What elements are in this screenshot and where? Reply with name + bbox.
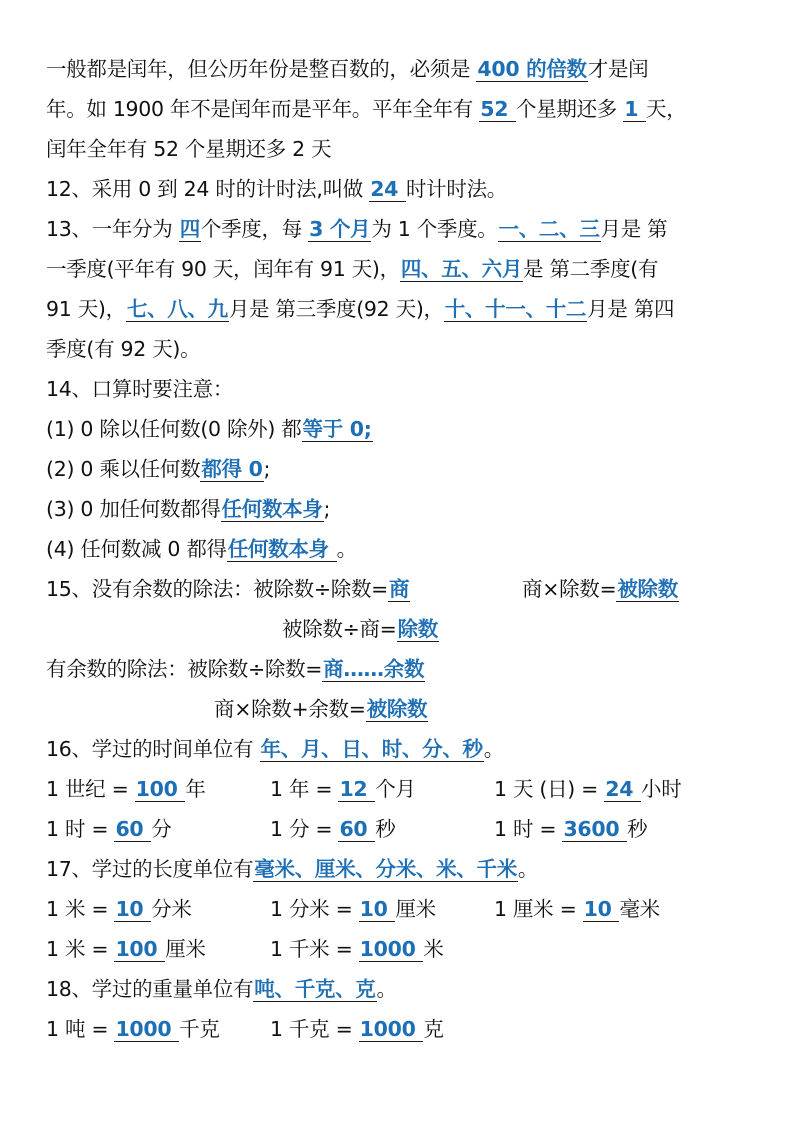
answer-text: 60 — [114, 817, 151, 842]
body-text: 1 时 = — [46, 817, 114, 841]
text-line: 17、学过的长度单位有毫米、厘米、分米、米、千米。 — [46, 854, 538, 884]
answer-text: 吨、千克、克 — [253, 977, 376, 1002]
text-line: 1 厘米 = 10 毫米 — [494, 894, 660, 924]
body-text: 15、没有余数的除法：被除数÷除数= — [46, 577, 388, 601]
body-text: 毫米 — [619, 897, 659, 921]
answer-text: 等于 0; — [302, 417, 373, 442]
answer-text: 商……余数 — [322, 657, 425, 682]
answer-text: 被除数 — [616, 577, 679, 602]
text-line: 1 千克 = 1000 克 — [270, 1014, 444, 1044]
answer-text: 十、十一、十二 — [444, 297, 587, 322]
text-line: 1 米 = 10 分米 — [46, 894, 192, 924]
body-text: 为 1 个季度。 — [371, 217, 497, 241]
answer-text: 四 — [179, 217, 201, 242]
body-text: 才是闰 — [588, 57, 649, 81]
body-text: 米 — [423, 937, 443, 961]
body-text: 月是 第三季度(92 天)， — [229, 297, 444, 321]
body-text: 16、学过的时间单位有 — [46, 737, 260, 761]
text-line: 1 时 = 60 分 — [46, 814, 171, 844]
body-text: 克 — [423, 1017, 443, 1041]
answer-text: 24 — [604, 777, 641, 802]
body-text: 被除数÷商= — [282, 617, 397, 641]
body-text: 月是 第四 — [587, 297, 674, 321]
text-line: 季度(有 92 天)。 — [46, 334, 200, 364]
answer-text: 52 — [479, 97, 516, 122]
body-text: 1 年 = — [270, 777, 338, 801]
answer-text: 1000 — [359, 937, 424, 962]
body-text: 分米 — [151, 897, 191, 921]
body-text: 1 时 = — [494, 817, 562, 841]
answer-text: 60 — [338, 817, 375, 842]
text-line: 1 年 = 12 个月 — [270, 774, 416, 804]
answer-text: 1 — [623, 97, 646, 122]
answer-text: 四、五、六月 — [400, 257, 523, 282]
answer-text: 毫米、厘米、分米、米、千米 — [253, 857, 518, 882]
body-text: 一季度(平年有 90 天，闰年有 91 天)， — [46, 257, 400, 281]
answer-text: 1000 — [359, 1017, 424, 1042]
body-text: 1 天 (日) = — [494, 777, 604, 801]
answer-text: 商 — [388, 577, 410, 602]
answer-text: 24 — [369, 177, 406, 202]
text-line: 15、没有余数的除法：被除数÷除数=商 — [46, 574, 410, 604]
answer-text: 100 — [114, 937, 165, 962]
text-line: 1 吨 = 1000 千克 — [46, 1014, 220, 1044]
body-text: 17、学过的长度单位有 — [46, 857, 253, 881]
text-line: 1 天 (日) = 24 小时 — [494, 774, 681, 804]
body-text: (3) 0 加任何数都得 — [46, 497, 221, 521]
body-text: 有余数的除法：被除数÷除数= — [46, 657, 322, 681]
text-line: 一般都是闰年，但公历年份是整百数的，必须是 400 的倍数才是闰 — [46, 54, 648, 84]
body-text: 1 米 = — [46, 897, 114, 921]
body-text: 个月 — [375, 777, 415, 801]
answer-text: 10 — [583, 897, 620, 922]
text-line: 一季度(平年有 90 天，闰年有 91 天)，四、五、六月是 第二季度(有 — [46, 254, 658, 284]
answer-text: 七、八、九 — [126, 297, 229, 322]
answer-text: 3600 — [562, 817, 627, 842]
body-text: 千克 — [179, 1017, 219, 1041]
body-text: 1 厘米 = — [494, 897, 583, 921]
body-text: 时计时法。 — [406, 177, 507, 201]
body-text: 是 第二季度(有 — [523, 257, 658, 281]
body-text: 。 — [484, 737, 504, 761]
text-line: 13、一年分为 四个季度，每 3 个月为 1 个季度。一、二、三月是 第 — [46, 214, 667, 244]
answer-text: 400 的倍数 — [476, 57, 587, 82]
body-text: 91 天)， — [46, 297, 126, 321]
text-line: 1 米 = 100 厘米 — [46, 934, 206, 964]
text-line: 商×除数=被除数 — [522, 574, 679, 604]
body-text: 厘米 — [165, 937, 205, 961]
answer-text: 3 个月 — [308, 217, 371, 242]
body-text: 小时 — [641, 777, 681, 801]
body-text: ; — [324, 497, 331, 521]
body-text: 月是 第 — [601, 217, 668, 241]
answer-text: 100 — [135, 777, 186, 802]
body-text: 秒 — [375, 817, 395, 841]
answer-text: 12 — [338, 777, 375, 802]
text-line: (1) 0 除以任何数(0 除外) 都等于 0; — [46, 414, 373, 444]
text-line: 闰年全年有 52 个星期还多 2 天 — [46, 134, 331, 164]
answer-text: 除数 — [397, 617, 439, 642]
answer-text: 10 — [114, 897, 151, 922]
body-text: 1 分米 = — [270, 897, 359, 921]
body-text: 季度(有 92 天)。 — [46, 337, 200, 361]
body-text: 商×除数+余数= — [214, 697, 366, 721]
text-line: 年。如 1900 年不是闰年而是平年。平年全年有 52 个星期还多 1 天， — [46, 94, 686, 124]
text-line: 14、口算时要注意： — [46, 374, 233, 404]
text-line: (4) 任何数减 0 都得任何数本身 。 — [46, 534, 357, 564]
body-text: 1 吨 = — [46, 1017, 114, 1041]
body-text: 个季度，每 — [201, 217, 308, 241]
body-text: 一般都是闰年，但公历年份是整百数的，必须是 — [46, 57, 476, 81]
body-text: 。 — [377, 977, 397, 1001]
body-text: 。 — [518, 857, 538, 881]
answer-text: 任何数本身 — [227, 537, 337, 562]
text-line: (2) 0 乘以任何数都得 0; — [46, 454, 270, 484]
body-text: 个星期还多 — [516, 97, 623, 121]
body-text: 。 — [337, 537, 357, 561]
text-line: 1 时 = 3600 秒 — [494, 814, 647, 844]
text-line: 商×除数+余数=被除数 — [214, 694, 428, 724]
body-text: (1) 0 除以任何数(0 除外) 都 — [46, 417, 302, 441]
body-text: 商×除数= — [522, 577, 616, 601]
answer-text: 任何数本身 — [221, 497, 324, 522]
text-line: 有余数的除法：被除数÷除数=商……余数 — [46, 654, 425, 684]
answer-text: 一、二、三 — [498, 217, 601, 242]
text-line: 1 分 = 60 秒 — [270, 814, 395, 844]
body-text: 闰年全年有 52 个星期还多 2 天 — [46, 137, 331, 161]
body-text: 分 — [151, 817, 171, 841]
body-text: 1 世纪 = — [46, 777, 135, 801]
text-line: (3) 0 加任何数都得任何数本身; — [46, 494, 330, 524]
text-line: 12、采用 0 到 24 时的计时法,叫做 24 时计时法。 — [46, 174, 507, 204]
answer-text: 被除数 — [366, 697, 429, 722]
body-text: 年 — [185, 777, 205, 801]
text-line: 被除数÷商=除数 — [282, 614, 439, 644]
body-text: 18、学过的重量单位有 — [46, 977, 253, 1001]
body-text: 厘米 — [395, 897, 435, 921]
body-text: 1 千克 = — [270, 1017, 359, 1041]
body-text: 秒 — [627, 817, 647, 841]
body-text: (4) 任何数减 0 都得 — [46, 537, 227, 561]
body-text: 年。如 1900 年不是闰年而是平年。平年全年有 — [46, 97, 479, 121]
body-text: 1 千米 = — [270, 937, 359, 961]
answer-text: 1000 — [114, 1017, 179, 1042]
answer-text: 都得 0 — [200, 457, 263, 482]
body-text: 天， — [646, 97, 686, 121]
body-text: 1 分 = — [270, 817, 338, 841]
body-text: 13、一年分为 — [46, 217, 179, 241]
body-text: 1 米 = — [46, 937, 114, 961]
body-text: ; — [264, 457, 271, 481]
text-line: 1 分米 = 10 厘米 — [270, 894, 436, 924]
body-text: 14、口算时要注意： — [46, 377, 233, 401]
text-line: 1 世纪 = 100 年 — [46, 774, 206, 804]
answer-text: 10 — [359, 897, 396, 922]
answer-text: 年、月、日、时、分、秒 — [260, 737, 484, 762]
text-line: 1 千米 = 1000 米 — [270, 934, 444, 964]
body-text: 12、采用 0 到 24 时的计时法,叫做 — [46, 177, 369, 201]
body-text: (2) 0 乘以任何数 — [46, 457, 200, 481]
text-line: 91 天)，七、八、九月是 第三季度(92 天)，十、十一、十二月是 第四 — [46, 294, 674, 324]
text-line: 16、学过的时间单位有 年、月、日、时、分、秒。 — [46, 734, 504, 764]
text-line: 18、学过的重量单位有吨、千克、克。 — [46, 974, 397, 1004]
